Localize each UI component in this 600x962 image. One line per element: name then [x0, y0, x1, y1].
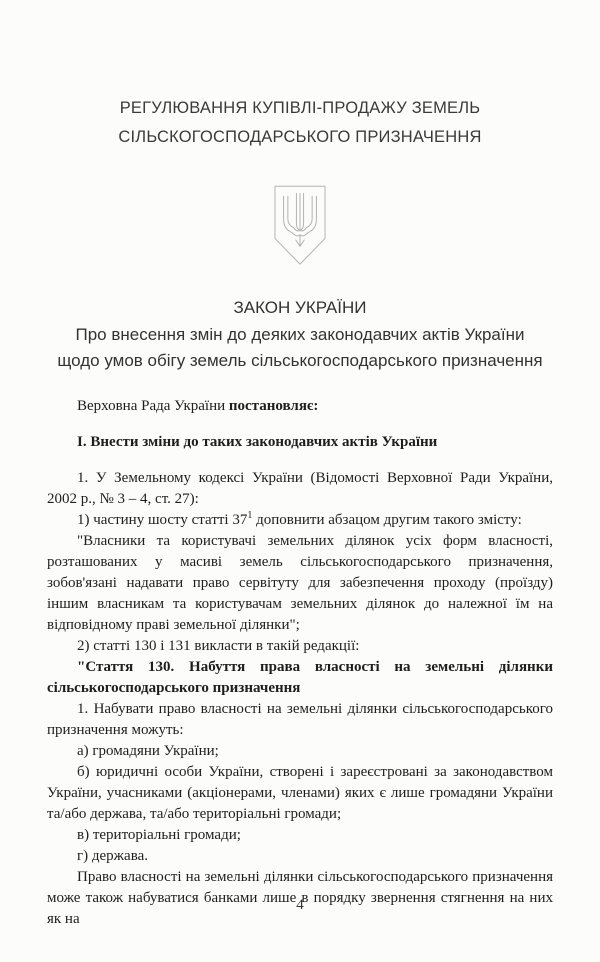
paragraph-resolution: Верховна Рада України постановляє: [47, 396, 553, 417]
law-subtitle-line2: щодо умов обігу земель сільськогосподарс… [47, 348, 553, 374]
page-content: РЕГУЛЮВАННЯ КУПІВЛІ-ПРОДАЖУ ЗЕМЕЛЬ СІЛЬС… [47, 0, 553, 930]
law-subtitle: Про внесення змін до деяких законодавчих… [47, 322, 553, 374]
paragraph-item-2: 2) статті 130 і 131 викласти в такій ред… [47, 636, 553, 657]
paragraph-item-b: б) юридичні особи України, створені і за… [47, 762, 553, 825]
paragraph-item-a: а) громадяни України; [47, 741, 553, 762]
law-body-text: Верховна Рада України постановляє: І. Вн… [47, 396, 553, 930]
trident-shield-icon [264, 182, 336, 282]
law-heading: ЗАКОН УКРАЇНИ [47, 296, 553, 320]
paragraph-quoted-owners: "Власники та користувачі земельних ділян… [47, 531, 553, 636]
paragraph-land-code-intro: 1. У Земельному кодексі України (Відомос… [47, 468, 553, 510]
page-number: 4 [0, 897, 600, 914]
law-subtitle-line1: Про внесення змін до деяких законодавчих… [47, 322, 553, 348]
paragraph-section-1-heading: І. Внести зміни до таких законодавчих ак… [47, 432, 553, 453]
paragraph-item-1: 1) частину шосту статті 371 доповнити аб… [47, 510, 553, 531]
document-title-line1: РЕГУЛЮВАННЯ КУПІВЛІ-ПРОДАЖУ ЗЕМЕЛЬ [47, 94, 553, 123]
resolution-bold-text: постановляє: [229, 398, 319, 414]
document-page: РЕГУЛЮВАННЯ КУПІВЛІ-ПРОДАЖУ ЗЕМЕЛЬ СІЛЬС… [0, 0, 600, 962]
document-title: РЕГУЛЮВАННЯ КУПІВЛІ-ПРОДАЖУ ЗЕМЕЛЬ СІЛЬС… [47, 94, 553, 152]
paragraph-item-g: г) держава. [47, 846, 553, 867]
resolution-normal-text: Верховна Рада України [77, 398, 229, 414]
document-title-line2: СІЛЬСКОГОСПОДАРСЬКОГО ПРИЗНАЧЕННЯ [47, 123, 553, 152]
paragraph-acquire-rights: 1. Набувати право власності на земельні … [47, 699, 553, 741]
ukraine-trident-emblem-icon [264, 182, 336, 282]
paragraph-article-130-heading: "Стаття 130. Набуття права власності на … [47, 657, 553, 699]
paragraph-item-v: в) територіальні громади; [47, 825, 553, 846]
item-1-post: доповнити абзацом другим такого змісту: [252, 512, 521, 528]
item-1-pre: 1) частину шосту статті 37 [77, 512, 247, 528]
